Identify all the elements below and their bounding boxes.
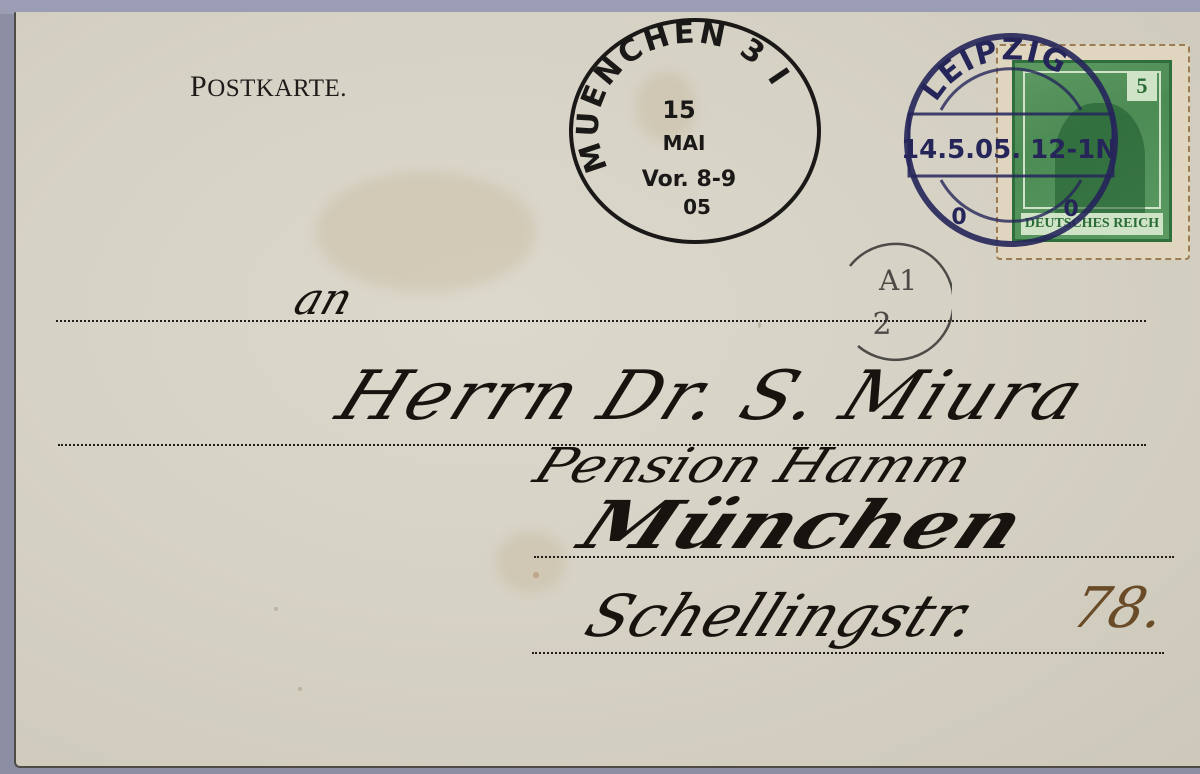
speck: [533, 572, 539, 578]
postmark-leipzig-suffix-right: 0: [1063, 197, 1078, 222]
stain: [496, 532, 566, 592]
postmark-arrival-line2: 2: [872, 307, 891, 342]
speck: [758, 322, 761, 328]
postmark-leipzig: LEIPZIG 14.5.05. 12-1N 0 0: [901, 30, 1121, 250]
postmark-muenchen-year: 05: [683, 195, 711, 219]
address-recipient: Herrn Dr. S. Miura: [326, 357, 1097, 436]
heading-initial: P: [190, 70, 207, 103]
stamp-value: 5: [1127, 71, 1157, 101]
address-line-4: [532, 652, 1164, 654]
heading-rest: OSTKARTE.: [207, 75, 347, 102]
speck: [298, 687, 302, 691]
postcard: POSTKARTE. an Herrn Dr. S. Miura Pension…: [14, 12, 1200, 768]
speck: [274, 607, 278, 611]
address-prefix: an: [288, 274, 359, 325]
postmark-leipzig-date: 14.5.05. 12-1N: [901, 135, 1117, 165]
postmark-muenchen-day: 15: [662, 96, 695, 124]
address-house-number: 78.: [1066, 576, 1171, 641]
postmark-muenchen-month: MAI: [663, 131, 706, 155]
postkarte-heading: POSTKARTE.: [190, 70, 347, 104]
postmark-leipzig-suffix-left: 0: [951, 205, 966, 230]
postmark-muenchen-time: Vor. 8-9: [642, 167, 736, 192]
postmark-muenchen: MUENCHEN 3 I. 15 MAI Vor. 8-9 05: [569, 18, 821, 244]
postmark-leipzig-graphic: LEIPZIG 14.5.05. 12-1N 0 0: [901, 30, 1121, 250]
address-city: München: [568, 486, 1037, 564]
postmark-arrival-line1: A1: [878, 264, 917, 297]
postmark-arrival-graphic: A1 2: [828, 238, 952, 362]
postmark-muenchen-text: MUENCHEN 3 I. 15 MAI Vor. 8-9 05: [569, 18, 813, 236]
address-street: Schellingstr.: [576, 582, 989, 650]
address-line-1: [56, 320, 1146, 322]
postmark-arrival: A1 2: [828, 238, 952, 362]
